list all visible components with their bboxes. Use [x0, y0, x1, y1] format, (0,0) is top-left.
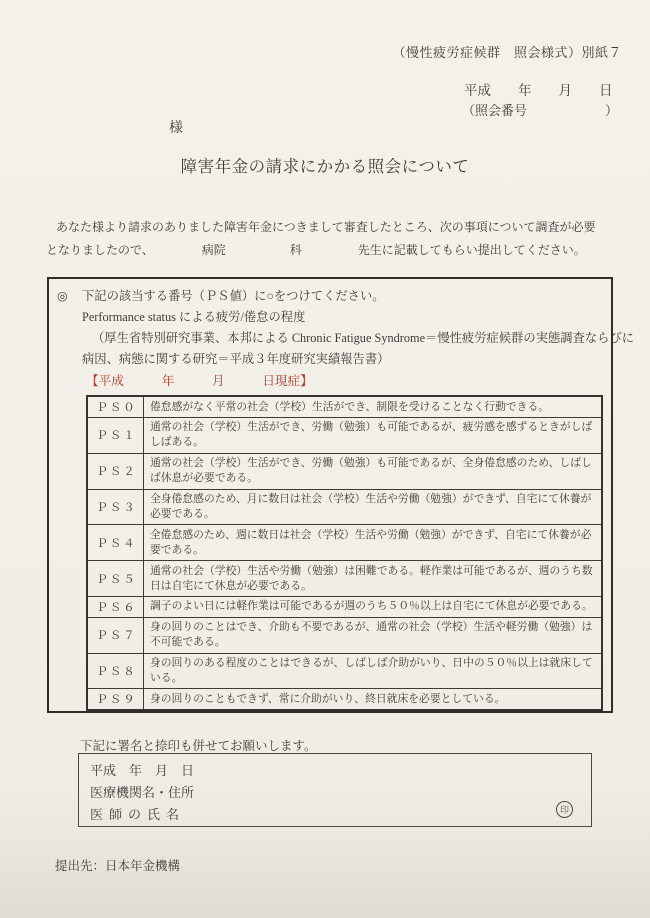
ps-description-cell: 倦怠感がなく平常の社会（学校）生活ができ、制限を受けることなく行動できる。 [144, 396, 603, 418]
doctor-name-label: 医師の氏名 [90, 804, 185, 823]
addressee-suffix: 様 [169, 117, 183, 137]
ps-description-cell: 通常の社会（学校）生活ができ、労働（勉強）も可能であるが、全身倦怠感のため、しば… [144, 453, 603, 489]
signature-box: 平成 年 月 日 医療機関名・住所 医師の氏名 印 [78, 753, 592, 827]
instruction-line: ◎下記の該当する番号（ＰＳ値）に○をつけてください。 [57, 286, 385, 304]
body-paragraph: あなた様より請求のありました障害年金につきまして審査したところ、次の事項について… [46, 216, 616, 262]
scanned-form-page: （慢性疲労症候群 照会様式）別紙７ 平成 年 月 日 （照会番号 ） 様 障害年… [0, 0, 650, 918]
form-tag: （慢性疲労症候群 照会様式）別紙７ [392, 42, 622, 61]
ps-value-cell: ＰＳ３ [87, 489, 144, 525]
document-title: 障害年金の請求にかかる照会について [0, 153, 650, 177]
header-date-line: 平成 年 月 日 [464, 79, 613, 99]
seal-character: 印 [560, 803, 569, 816]
ps-description-cell: 全倦怠感のため、週に数日は社会（学校）生活や労働（勉強）ができず、自宅にて休養が… [144, 525, 603, 561]
ps-table-row: ＰＳ８ 身の回りのある程度のことはできるが、しばしば介助がいり、日中の５０％以上… [87, 653, 602, 689]
instruction-text: 下記の該当する番号（ＰＳ値）に○をつけてください。 [82, 289, 385, 303]
double-circle-icon: ◎ [57, 289, 82, 304]
ps-value-cell: ＰＳ２ [87, 453, 144, 489]
ps-table-row: ＰＳ７ 身の回りのことはでき、介助も不要であるが、通常の社会（学校）生活や軽労働… [87, 617, 602, 653]
body-line-1: あなた様より請求のありました障害年金につきまして審査したところ、次の事項について… [46, 216, 616, 239]
ps-value-cell: ＰＳ６ [87, 596, 144, 617]
ps-table-row: ＰＳ０ 倦怠感がなく平常の社会（学校）生活ができ、制限を受けることなく行動できる… [87, 396, 602, 418]
signature-note: 下記に署名と捺印も併せてお願いします。 [80, 736, 317, 754]
ps-description-cell: 調子のよい日には軽作業は可能であるが週のうち５０％以上は自宅にて休息が必要である… [144, 596, 603, 617]
ps-value-cell: ＰＳ８ [87, 653, 144, 689]
source-reference-line-1: （厚生省特別研究事業、本邦による Chronic Fatigue Syndrom… [92, 328, 634, 346]
ps-table-row: ＰＳ９ 身の回りのこともできず、常に介助がいり、終日就床を必要としている。 [87, 689, 602, 711]
medical-institution-label: 医療機関名・住所 [90, 782, 194, 801]
exam-date-heading: 【平成 年 月 日現症】 [86, 370, 313, 389]
ps-selection-box: ◎下記の該当する番号（ＰＳ値）に○をつけてください。 Performance s… [47, 277, 613, 713]
ps-table-row: ＰＳ３ 全身倦怠感のため、月に数日は社会（学校）生活や労働（勉強）ができず、自宅… [87, 489, 602, 525]
ps-description-cell: 通常の社会（学校）生活ができ、労働（勉強）も可能であるが、疲労感を感ずるときがし… [144, 418, 603, 454]
body-line-2: となりましたので、病院科先生に記載してもらい提出してください。 [46, 239, 616, 262]
ps-value-cell: ＰＳ０ [87, 396, 144, 418]
ps-value-cell: ＰＳ７ [87, 617, 144, 653]
seal-icon: 印 [556, 801, 573, 818]
ps-table-row: ＰＳ４ 全倦怠感のため、週に数日は社会（学校）生活や労働（勉強）ができず、自宅に… [87, 525, 602, 561]
performance-status-subtitle: Performance status による疲労/倦怠の程度 [82, 307, 305, 325]
ps-value-cell: ＰＳ４ [87, 525, 144, 561]
ps-value-cell: ＰＳ１ [87, 418, 144, 454]
ps-description-cell: 全身倦怠感のため、月に数日は社会（学校）生活や労働（勉強）ができず、自宅にて休養… [144, 489, 603, 525]
ps-description-cell: 身の回りのこともできず、常に介助がいり、終日就床を必要としている。 [144, 689, 603, 711]
source-reference-line-2: 病因、病態に関する研究＝平成３年度研究実績報告書） [82, 349, 389, 367]
submit-destination: 提出先：日本年金機構 [55, 856, 180, 874]
ps-description-cell: 身の回りのことはでき、介助も不要であるが、通常の社会（学校）生活や軽労働（勉強）… [144, 617, 603, 653]
ps-table: ＰＳ０ 倦怠感がなく平常の社会（学校）生活ができ、制限を受けることなく行動できる… [86, 395, 603, 711]
ps-table-row: ＰＳ２ 通常の社会（学校）生活ができ、労働（勉強）も可能であるが、全身倦怠感のた… [87, 453, 602, 489]
ps-table-row: ＰＳ１ 通常の社会（学校）生活ができ、労働（勉強）も可能であるが、疲労感を感ずる… [87, 418, 602, 454]
ps-description-cell: 身の回りのある程度のことはできるが、しばしば介助がいり、日中の５０％以上は就床し… [144, 653, 603, 689]
ps-value-cell: ＰＳ９ [87, 689, 144, 711]
body-line-2-post: 先生に記載してもらい提出してください。 [358, 243, 586, 257]
hospital-label: 病院 [202, 243, 226, 257]
department-label: 科 [290, 243, 302, 257]
ps-description-cell: 通常の社会（学校）生活や労働（勉強）は困難である。軽作業は可能であるが、週のうち… [144, 561, 603, 597]
ps-table-row: ＰＳ５ 通常の社会（学校）生活や労働（勉強）は困難である。軽作業は可能であるが、… [87, 561, 602, 597]
ps-table-row: ＰＳ６ 調子のよい日には軽作業は可能であるが週のうち５０％以上は自宅にて休息が必… [87, 596, 602, 617]
ps-value-cell: ＰＳ５ [87, 561, 144, 597]
inquiry-number: （照会番号 ） [462, 100, 618, 119]
body-line-2-pre: となりましたので、 [46, 243, 154, 257]
signature-date-line: 平成 年 月 日 [90, 760, 194, 779]
